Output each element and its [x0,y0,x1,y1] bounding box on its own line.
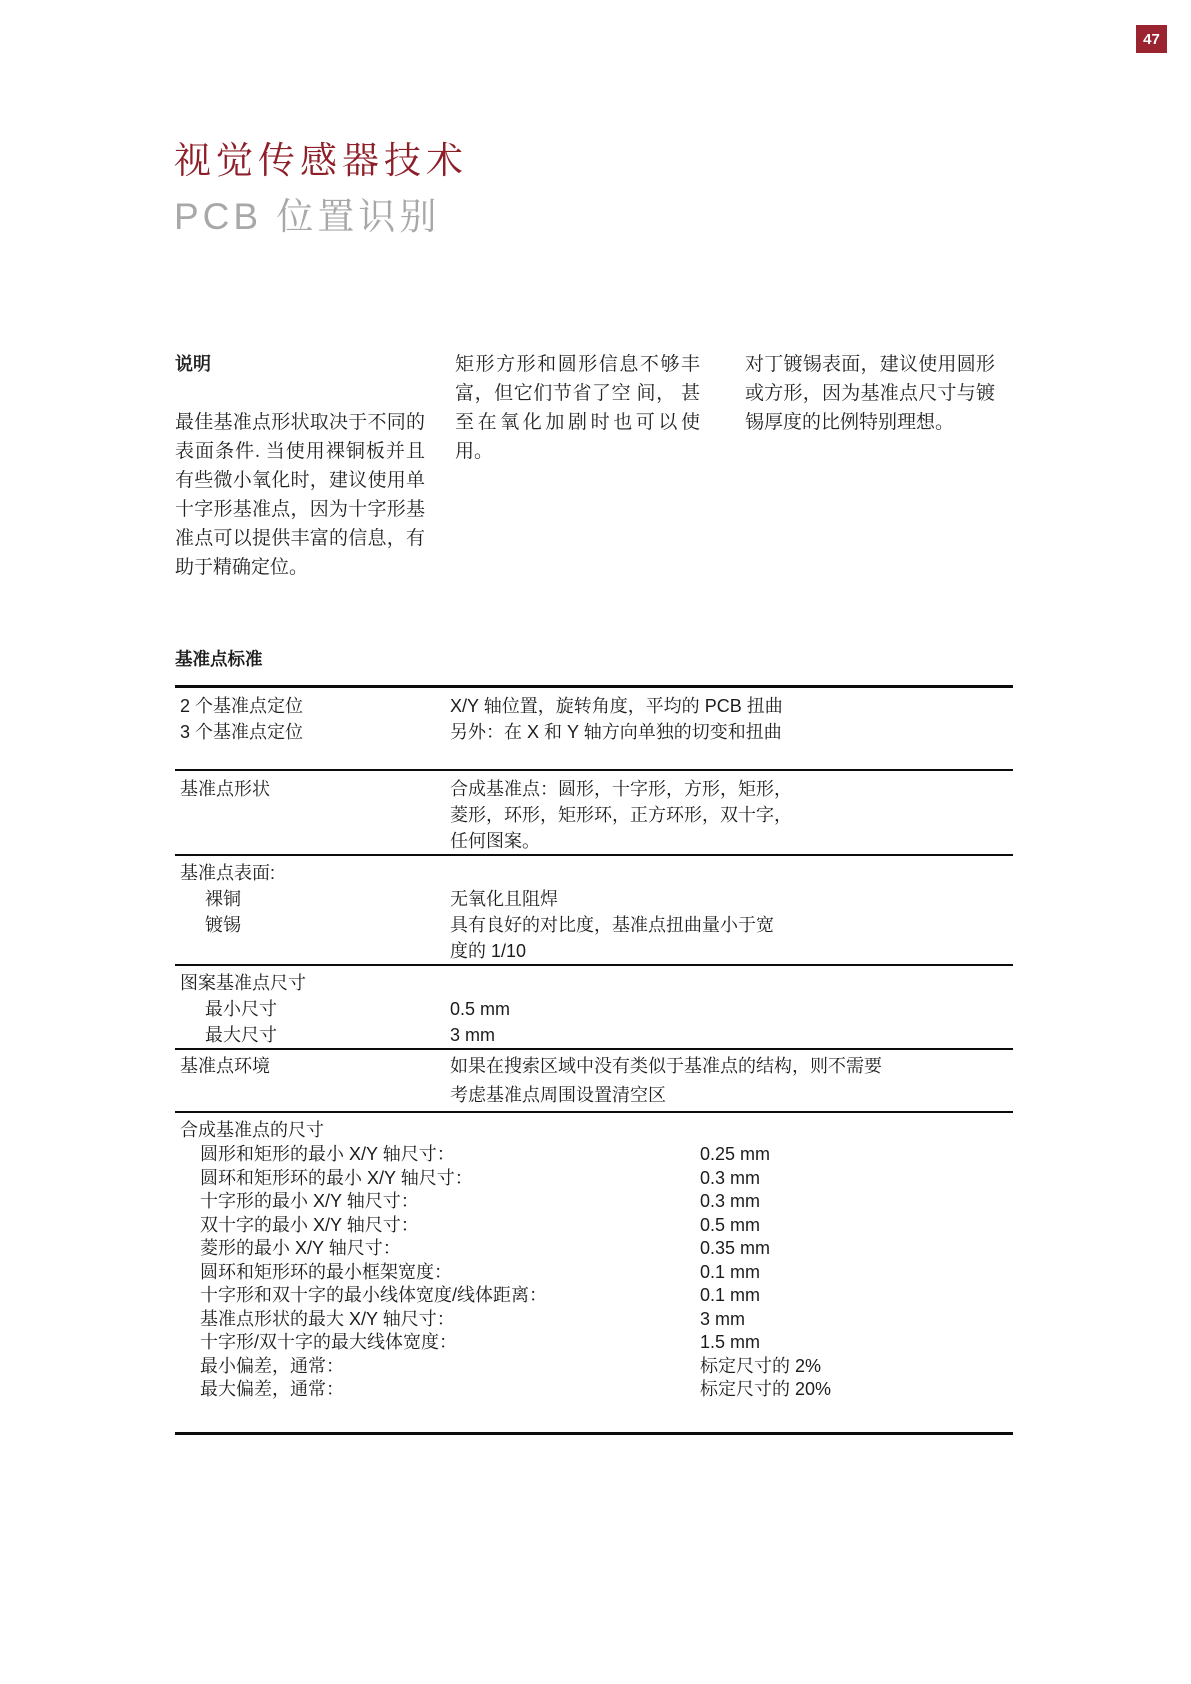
row-label: 圆环和矩形环的最小 X/Y 轴尺寸： [200,1167,700,1191]
row-value: 0.1 mm [700,1284,1013,1308]
row-value: 0.3 mm [700,1167,1013,1191]
row-value: 3 mm [700,1308,1013,1332]
row-value: 0.3 mm [700,1190,1013,1214]
row-value: 0.5 mm [700,1214,1013,1238]
intro-heading: 说明 [175,350,425,379]
table-row: 十字形的最小 X/Y 轴尺寸： 0.3 mm [175,1190,1013,1214]
intro-column-2: 矩形方形和圆形信息不够丰富，但它们节省了空 间， 甚至在氧化加剧时也可以使用。 [455,350,700,466]
intro-paragraph-1: 最佳基准点形状取决于不同的表面条件. 当使用裸铜板并且有些微小氧化时，建议使用单… [175,408,425,582]
group-heading: 图案基准点尺寸 [175,970,1013,996]
value-line: 如果在搜索区域中没有类似于基准点的结构，则不需要 [450,1052,1013,1081]
row-value: 标定尺寸的 20% [700,1378,1013,1402]
row-value: 1.5 mm [700,1331,1013,1355]
group-heading: 合成基准点的尺寸 [175,1117,1013,1143]
row-label: 菱形的最小 X/Y 轴尺寸： [200,1237,700,1261]
intro-paragraph-2: 矩形方形和圆形信息不够丰富，但它们节省了空 间， 甚至在氧化加剧时也可以使用。 [455,350,700,466]
group-heading: 基准点表面: [175,860,1013,886]
table-row: 裸铜 无氧化且阻焊 [175,886,1013,912]
row-label: 十字形的最小 X/Y 轴尺寸： [200,1190,700,1214]
value-line: 任何图案。 [450,828,1013,854]
value-line: 具有良好的对比度，基准点扭曲量小于宽 [450,912,1013,938]
table-row: 基准点形状 合成基准点：圆形，十字形，方形，矩形， 菱形，环形，矩形环，正方环形… [175,776,1013,854]
page-title: 视觉传感器技术 [174,130,468,184]
intro-paragraph-3: 对丁镀锡表面，建议使用圆形或方形，因为基准点尺寸与镀锡厚度的比例特别理想。 [745,350,995,437]
row-label: 镀锡 [175,912,450,964]
value-line: 度的 1/10 [450,938,1013,964]
table-row: 最小偏差，通常： 标定尺寸的 2% [175,1355,1013,1379]
table-row: 十字形/双十字的最大线体宽度： 1.5 mm [175,1331,1013,1355]
row-label: 基准点环境 [175,1052,450,1110]
page-number-badge: 47 [1136,25,1167,53]
table-row: 3 个基准点定位 另外：在 X 和 Y 轴方向单独的切变和扭曲 [175,719,1013,745]
document-page: 47 视觉传感器技术 PCB 位置识别 说明 最佳基准点形状取决于不同的表面条件… [0,0,1191,1684]
table-row: 基准点形状的最大 X/Y 轴尺寸： 3 mm [175,1308,1013,1332]
row-label: 双十字的最小 X/Y 轴尺寸： [200,1214,700,1238]
row-label: 圆形和矩形的最小 X/Y 轴尺寸： [200,1143,700,1167]
table-row: 镀锡 具有良好的对比度，基准点扭曲量小于宽 度的 1/10 [175,912,1013,964]
row-label: 裸铜 [175,886,450,912]
table-row: 双十字的最小 X/Y 轴尺寸： 0.5 mm [175,1214,1013,1238]
section-pattern-size: 图案基准点尺寸 最小尺寸 0.5 mm 最大尺寸 3 mm [175,966,1013,1048]
row-value: 标定尺寸的 2% [700,1355,1013,1379]
row-label: 十字形/双十字的最大线体宽度： [200,1331,700,1355]
row-label: 3 个基准点定位 [175,719,450,745]
row-label: 圆环和矩形环的最小框架宽度： [200,1261,700,1285]
table-row: 最小尺寸 0.5 mm [175,996,1013,1022]
table-row: 最大尺寸 3 mm [175,1022,1013,1048]
table-row: 菱形的最小 X/Y 轴尺寸： 0.35 mm [175,1237,1013,1261]
row-value: 3 mm [450,1022,1013,1048]
value-line: 考虑基准点周围设置清空区 [450,1081,1013,1110]
row-value: 如果在搜索区域中没有类似于基准点的结构，则不需要 考虑基准点周围设置清空区 [450,1052,1013,1110]
row-label: 最小尺寸 [175,996,450,1022]
divider-bottom [175,1432,1013,1435]
table-row: 十字形和双十字的最小线体宽度/线体距离： 0.1 mm [175,1284,1013,1308]
page-subtitle: PCB 位置识别 [174,186,440,240]
value-line: 合成基准点：圆形，十字形，方形，矩形， [450,776,1013,802]
value-line: 菱形，环形，矩形环，正方环形，双十字， [450,802,1013,828]
row-value: 具有良好的对比度，基准点扭曲量小于宽 度的 1/10 [450,912,1013,964]
section-shape: 基准点形状 合成基准点：圆形，十字形，方形，矩形， 菱形，环形，矩形环，正方环形… [175,771,1013,854]
row-label: 最大尺寸 [175,1022,450,1048]
row-value: X/Y 轴位置，旋转角度，平均的 PCB 扭曲 [450,693,1013,719]
section-synthetic-size: 合成基准点的尺寸 圆形和矩形的最小 X/Y 轴尺寸： 0.25 mm 圆环和矩形… [175,1113,1013,1432]
section-surface: 基准点表面: 裸铜 无氧化且阻焊 镀锡 具有良好的对比度，基准点扭曲量小于宽 度… [175,856,1013,964]
section-environment: 基准点环境 如果在搜索区域中没有类似于基准点的结构，则不需要 考虑基准点周围设置… [175,1050,1013,1111]
intro-column-1: 说明 最佳基准点形状取决于不同的表面条件. 当使用裸铜板并且有些微小氧化时，建议… [175,350,425,582]
row-value: 合成基准点：圆形，十字形，方形，矩形， 菱形，环形，矩形环，正方环形，双十字， … [450,776,1013,854]
fiducial-spec-table: 基准点标准 2 个基准点定位 X/Y 轴位置，旋转角度，平均的 PCB 扭曲 3… [175,646,1013,1435]
row-value: 0.5 mm [450,996,1013,1022]
row-value: 无氧化且阻焊 [450,886,1013,912]
row-label: 最大偏差，通常： [200,1378,700,1402]
table-heading: 基准点标准 [175,646,1013,672]
row-value: 0.1 mm [700,1261,1013,1285]
row-label: 十字形和双十字的最小线体宽度/线体距离： [200,1284,700,1308]
table-row: 圆环和矩形环的最小框架宽度： 0.1 mm [175,1261,1013,1285]
row-label: 基准点形状 [175,776,450,854]
section-positioning: 2 个基准点定位 X/Y 轴位置，旋转角度，平均的 PCB 扭曲 3 个基准点定… [175,688,1013,769]
table-row: 圆形和矩形的最小 X/Y 轴尺寸： 0.25 mm [175,1143,1013,1167]
table-row: 基准点环境 如果在搜索区域中没有类似于基准点的结构，则不需要 考虑基准点周围设置… [175,1052,1013,1110]
table-row: 圆环和矩形环的最小 X/Y 轴尺寸： 0.3 mm [175,1167,1013,1191]
row-value: 0.25 mm [700,1143,1013,1167]
intro-section: 说明 最佳基准点形状取决于不同的表面条件. 当使用裸铜板并且有些微小氧化时，建议… [175,350,1015,600]
row-label: 2 个基准点定位 [175,693,450,719]
table-row: 2 个基准点定位 X/Y 轴位置，旋转角度，平均的 PCB 扭曲 [175,693,1013,719]
table-row: 最大偏差，通常： 标定尺寸的 20% [175,1378,1013,1402]
intro-column-3: 对丁镀锡表面，建议使用圆形或方形，因为基准点尺寸与镀锡厚度的比例特别理想。 [745,350,995,437]
row-value: 0.35 mm [700,1237,1013,1261]
row-label: 基准点形状的最大 X/Y 轴尺寸： [200,1308,700,1332]
row-label: 最小偏差，通常： [200,1355,700,1379]
row-value: 另外：在 X 和 Y 轴方向单独的切变和扭曲 [450,719,1013,745]
